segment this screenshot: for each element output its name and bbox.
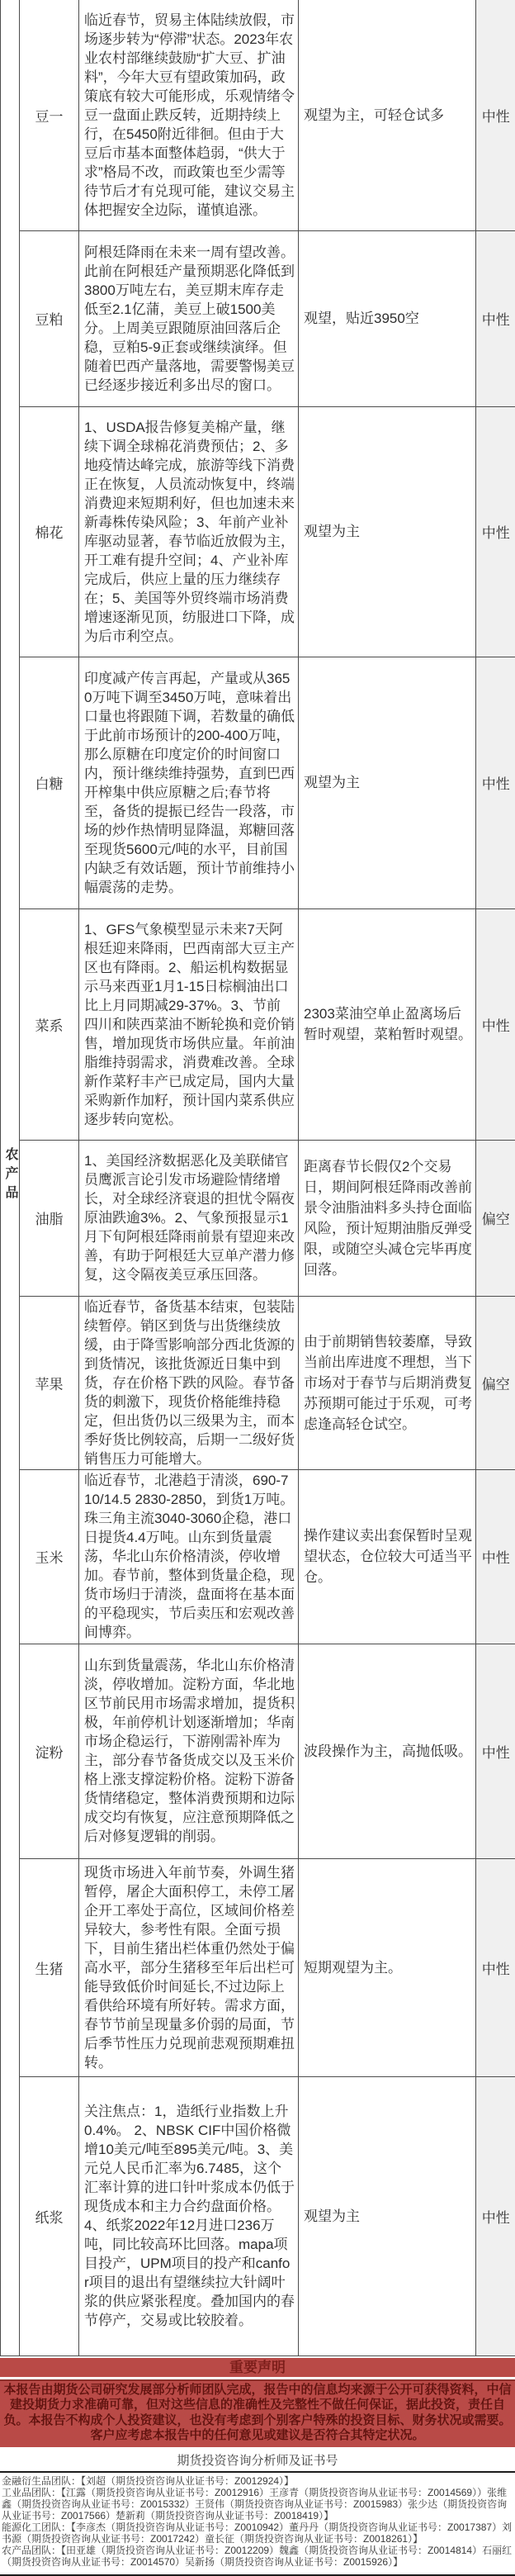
commodity-cell: 淀粉 xyxy=(20,1644,79,1858)
rating-cell: 偏空 xyxy=(476,1296,515,1469)
commodity-cell: 生猪 xyxy=(20,1858,79,2076)
disclaimer-title: 重要声明 xyxy=(0,2358,515,2377)
commodity-cell: 豆粕 xyxy=(20,230,79,406)
analyst-team-line-industrial: 工业品团队：【江露（期货投资咨询从业证书号：Z0012916）王彦青（期货投资咨… xyxy=(2,2487,513,2521)
commodity-cell: 油脂 xyxy=(20,1140,79,1296)
opinion-cell: 观望为主 xyxy=(299,2076,476,2355)
rating-cell: 中性 xyxy=(476,657,515,908)
opinion-cell: 波段操作为主，高抛低吸。 xyxy=(299,1644,476,1858)
analyst-team-line-agricultural: 农产品团队：【田亚雄（期货投资咨询从业证书号：Z0012209）魏鑫（期货投资咨… xyxy=(2,2545,513,2568)
table-row-caixi: 菜系 1、GFS气象模型显示未来7天阿根廷迎来降雨，巴西南部大豆主产区也有降雨。… xyxy=(1,908,515,1140)
analysts-list: 金融衍生品团队：【刘超（期货投资咨询从业证书号：Z0012924）】 工业品团队… xyxy=(0,2471,515,2576)
analysis-cell: 关注焦点：1，造纸行业指数上升0.4%。 2、NBSK CIF中国价格微增10美… xyxy=(79,2076,299,2355)
analysis-cell: 阿根廷降雨在未来一周有望改善。此前在阿根廷产量预期恶化降低到3800万吨左右，美… xyxy=(79,230,299,406)
commodity-cell: 纸浆 xyxy=(20,2076,79,2355)
table-row-shengzhu: 生猪 现货市场进入年前节奏，外调生猪暂停，屠企大面积停工，未停工屠企开工率处于高… xyxy=(1,1858,515,2076)
table-row-pingguo: 苹果 临近春节，备货基本结束，包装陆续暂停。销区到货与出货继续放缓，由于降雪影响… xyxy=(1,1296,515,1469)
analysis-cell: 1、美国经济数据恶化及美联储官员鹰派言论引发市场避险情绪增长，对全球经济衰退的担… xyxy=(79,1140,299,1296)
table-row-baitang: 白糖 印度减产传言再起，产量或从3650万吨下调至3450万吨，意味着出口量也将… xyxy=(1,657,515,908)
opinion-cell: 操作建议卖出套保暂时呈观望状态，仓位较大可适当平仓。 xyxy=(299,1469,476,1644)
table-row-zhijiang: 纸浆 关注焦点：1，造纸行业指数上升0.4%。 2、NBSK CIF中国价格微增… xyxy=(1,2076,515,2355)
opinion-cell: 观望为主，可轻仓试多 xyxy=(299,0,476,230)
category-cell: 农产品 xyxy=(1,0,20,2355)
commodity-cell: 豆一 xyxy=(20,0,79,230)
rating-cell: 中性 xyxy=(476,1469,515,1644)
commodity-cell: 棉花 xyxy=(20,406,79,657)
analysis-cell: 1、GFS气象模型显示未来7天阿根廷迎来降雨，巴西南部大豆主产区也有降雨。2、船… xyxy=(79,908,299,1140)
commodity-cell: 苹果 xyxy=(20,1296,79,1469)
table-row-dianfen: 淀粉 山东到货量震荡，华北山东价格清淡，停收增加。淀粉方面，华北地区节前民用市场… xyxy=(1,1644,515,1858)
table-row-youzhi: 油脂 1、美国经济数据恶化及美联储官员鹰派言论引发市场避险情绪增长，对全球经济衰… xyxy=(1,1140,515,1296)
table-row-yumi: 玉米 临近春节，北港趋于清淡，690-710/14.5 2830-2850，到货… xyxy=(1,1469,515,1644)
opinion-cell: 观望为主 xyxy=(299,657,476,908)
table-row-mianhua: 棉花 1、USDA报告修复美棉产量，继续下调全球棉花消费预估；2、多地疫情达峰完… xyxy=(1,406,515,657)
analysis-cell: 山东到货量震荡，华北山东价格清淡，停收增加。淀粉方面，华北地区节前民用市场需求增… xyxy=(79,1644,299,1858)
opinion-cell: 距离春节长假仅2个交易日，期间阿根廷降雨改善前景令油脂油料多头持仓面临风险，预计… xyxy=(299,1140,476,1296)
rating-cell: 中性 xyxy=(476,0,515,230)
rating-cell: 中性 xyxy=(476,1858,515,2076)
analyst-team-line-financial-derivatives: 金融衍生品团队：【刘超（期货投资咨询从业证书号：Z0012924）】 xyxy=(2,2475,513,2487)
opinion-cell: 观望为主 xyxy=(299,406,476,657)
rating-cell: 中性 xyxy=(476,1644,515,1858)
category-label: 农产品 xyxy=(1,1147,20,1204)
analysis-cell: 临近春节，备货基本结束，包装陆续暂停。销区到货与出货继续放缓，由于降雪影响部分西… xyxy=(79,1296,299,1469)
analysis-cell: 临近春节，北港趋于清淡，690-710/14.5 2830-2850，到货1万吨… xyxy=(79,1469,299,1644)
report-page: 农产品 豆一 临近春节，贸易主体陆续放假，市场逐步转为“停滞”状态。2023年农… xyxy=(0,0,515,2576)
analysis-cell: 印度减产传言再起，产量或从3650万吨下调至3450万吨，意味着出口量也将跟随下… xyxy=(79,657,299,908)
table-row-douyi: 农产品 豆一 临近春节，贸易主体陆续放假，市场逐步转为“停滞”状态。2023年农… xyxy=(1,0,515,230)
table-row-doupo: 豆粕 阿根廷降雨在未来一周有望改善。此前在阿根廷产量预期恶化降低到3800万吨左… xyxy=(1,230,515,406)
analyst-team-line-energy-chemical: 能源化工团队：【李彦杰（期货投资咨询从业证书号：Z0010942）董丹丹（期货投… xyxy=(2,2521,513,2545)
rating-cell: 中性 xyxy=(476,230,515,406)
analysts-section-title: 期货投资咨询分析师及证书号 xyxy=(0,2451,515,2469)
disclaimer-body: 本报告由期货公司研究发展部分析师团队完成，报告中的信息均来源于公开可获得资料，中… xyxy=(0,2379,515,2447)
rating-cell: 中性 xyxy=(476,2076,515,2355)
opinion-cell: 短期观望为主。 xyxy=(299,1858,476,2076)
opinion-cell: 观望，贴近3950空 xyxy=(299,230,476,406)
analysis-cell: 1、USDA报告修复美棉产量，继续下调全球棉花消费预估；2、多地疫情达峰完成，旅… xyxy=(79,406,299,657)
commodity-analysis-table: 农产品 豆一 临近春节，贸易主体陆续放假，市场逐步转为“停滞”状态。2023年农… xyxy=(0,0,515,2356)
rating-cell: 偏空 xyxy=(476,1140,515,1296)
opinion-cell: 2303菜油空单止盈离场后暂时观望，菜粕暂时观望。 xyxy=(299,908,476,1140)
commodity-cell: 玉米 xyxy=(20,1469,79,1644)
analysis-cell: 临近春节，贸易主体陆续放假，市场逐步转为“停滞”状态。2023年农业农村部继续鼓… xyxy=(79,0,299,230)
commodity-cell: 白糖 xyxy=(20,657,79,908)
opinion-cell: 由于前期销售较萎靡，导致当前出库进度不理想，当下市场对于春节与后期消费复苏预期可… xyxy=(299,1296,476,1469)
disclaimer-section: 重要声明 本报告由期货公司研究发展部分析师团队完成，报告中的信息均来源于公开可获… xyxy=(0,2358,515,2447)
analysts-section: 期货投资咨询分析师及证书号 金融衍生品团队：【刘超（期货投资咨询从业证书号：Z0… xyxy=(0,2451,515,2576)
analysis-cell: 现货市场进入年前节奏，外调生猪暂停，屠企大面积停工，未停工屠企开工率处于高位，区… xyxy=(79,1858,299,2076)
rating-cell: 中性 xyxy=(476,406,515,657)
rating-cell: 中性 xyxy=(476,908,515,1140)
commodity-cell: 菜系 xyxy=(20,908,79,1140)
